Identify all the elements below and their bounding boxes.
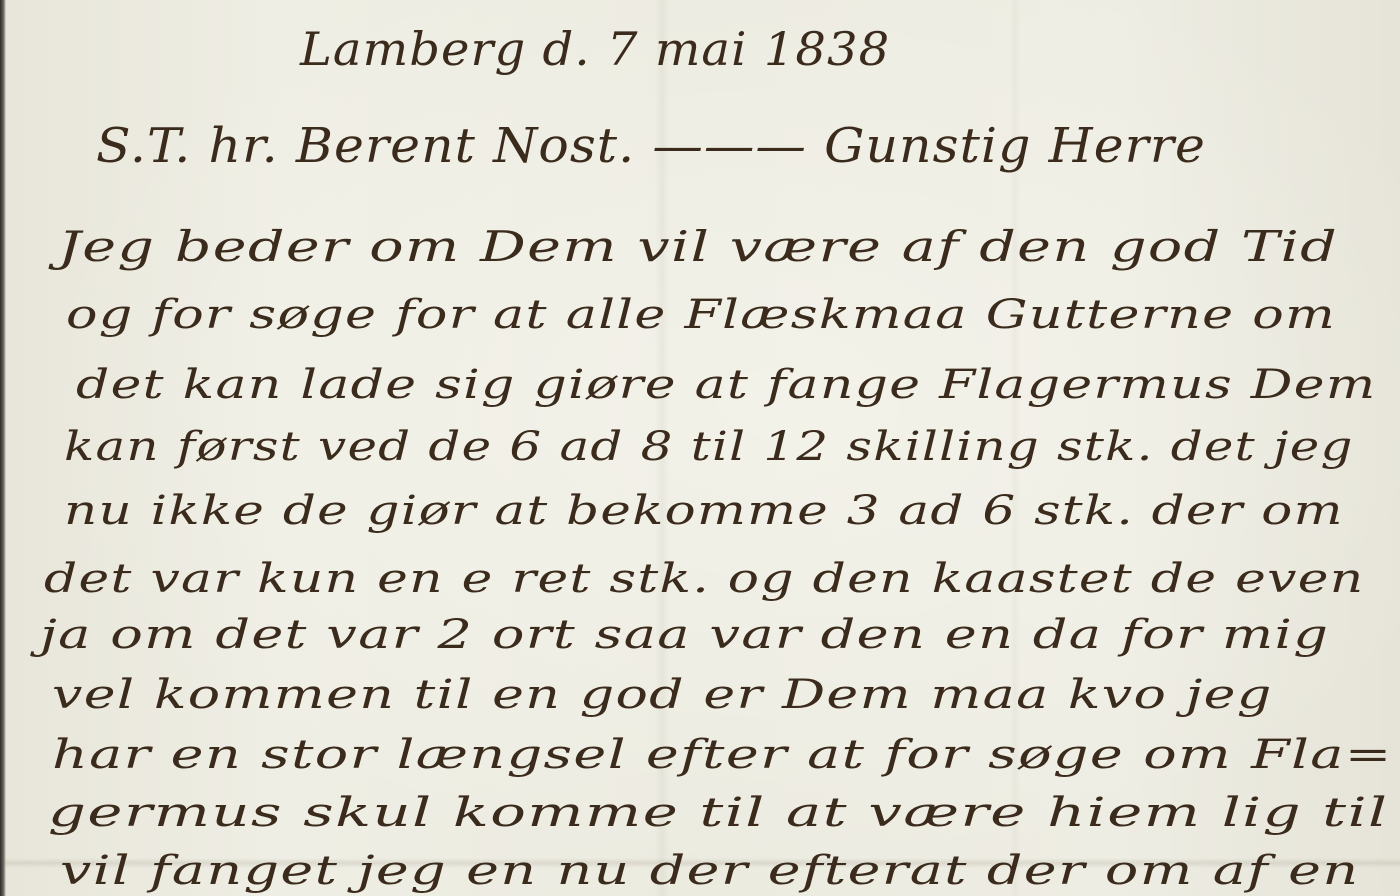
letter-body-line: kan først ved de 6 ad 8 til 12 skilling … (64, 424, 1354, 470)
letter-body-line: har en stor længsel efter at for søge om… (52, 732, 1393, 778)
letter-body-line: germus skul komme til at være hiem lig t… (48, 790, 1388, 836)
letter-dateline: Lamberg d. 7 mai 1838 (300, 22, 890, 76)
letter-body-line: det var kun en e ret stk. og den kaastet… (44, 556, 1364, 602)
letter-body-line: og for søge for at alle Flæskmaa Guttern… (66, 292, 1336, 338)
letter-body-line: ja om det var 2 ort saa var den en da fo… (40, 612, 1329, 658)
paper-edge-shadow (0, 0, 6, 896)
letter-body-line: nu ikke de giør at bekomme 3 ad 6 stk. d… (64, 488, 1344, 534)
letter-body-line: vel kommen til en god er Dem maa kvo jeg (52, 672, 1273, 718)
letter-body-line: Jeg beder om Dem vil være af den god Tid (58, 222, 1338, 271)
letter-body-line: vil fanget jeg en nu der efterat der om … (60, 848, 1359, 894)
letter-salutation: S.T. hr. Berent Nost. ——— Gunstig Herre (96, 118, 1206, 174)
letter-body-line: det kan lade sig giøre at fange Flagermu… (76, 362, 1376, 408)
